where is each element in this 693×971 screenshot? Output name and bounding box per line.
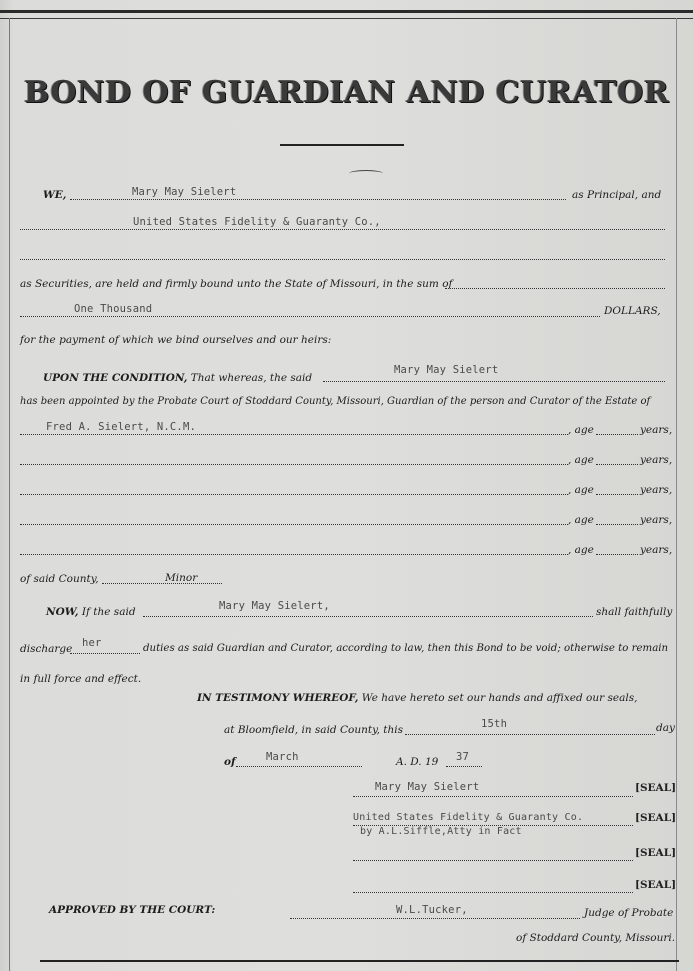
ad-label: A. D. 19 bbox=[396, 756, 438, 768]
judge-county: of Stoddard County, Missouri. bbox=[516, 932, 675, 944]
we-label: WE, bbox=[43, 189, 66, 201]
pronoun-blank bbox=[70, 653, 140, 654]
day-label: day bbox=[656, 722, 675, 734]
bottom-border-rule bbox=[40, 960, 679, 962]
surety-blank bbox=[20, 229, 665, 230]
condition-line: UPON THE CONDITION, That whereas, the sa… bbox=[43, 372, 312, 384]
right-margin-line bbox=[676, 18, 677, 971]
month-blank bbox=[236, 766, 362, 767]
ward-name-blank bbox=[20, 494, 568, 495]
year-blank bbox=[446, 766, 482, 767]
duties-text: duties as said Guardian and Curator, acc… bbox=[143, 643, 668, 654]
signature-name: United States Fidelity & Guaranty Co. bbox=[353, 812, 583, 823]
ward-name-blank bbox=[20, 464, 568, 465]
signature-blank bbox=[353, 892, 633, 893]
testimony-line: IN TESTIMONY WHEREOF, We have hereto set… bbox=[197, 692, 637, 704]
sum-amount: One Thousand bbox=[74, 303, 152, 315]
place-text: at Bloomfield, in said County, this bbox=[224, 724, 403, 736]
seal-label: [SEAL] bbox=[635, 812, 676, 824]
ward-age-blank bbox=[596, 524, 638, 525]
approved-label: APPROVED BY THE COURT: bbox=[49, 904, 215, 916]
discharge-label: discharge bbox=[20, 643, 72, 655]
seal-label: [SEAL] bbox=[635, 879, 676, 891]
now-name: Mary May Sielert, bbox=[219, 600, 330, 612]
condition-name: Mary May Sielert bbox=[394, 364, 498, 376]
top-border-rule bbox=[0, 10, 693, 19]
dollars-label: DOLLARS, bbox=[604, 305, 661, 317]
securities-text: as Securities, are held and firmly bound… bbox=[20, 278, 452, 290]
signature-attorney: by A.L.Siffle,Atty in Fact bbox=[360, 826, 522, 837]
now-name-blank bbox=[143, 616, 593, 617]
judge-title: Judge of Probate bbox=[584, 907, 673, 919]
county-label: of said County, bbox=[20, 573, 99, 585]
ward-age-blank bbox=[596, 434, 638, 435]
ward-age-label: , age bbox=[568, 544, 594, 556]
ward-name-blank bbox=[20, 524, 568, 525]
principal-blank bbox=[70, 199, 566, 200]
minor-label: Minor bbox=[165, 572, 197, 584]
sum-blank-1 bbox=[445, 288, 665, 289]
ward-age-label: , age bbox=[568, 454, 594, 466]
surety-blank-2 bbox=[20, 259, 665, 260]
payment-text: for the payment of which we bind ourselv… bbox=[20, 334, 331, 346]
ward-years-label: years, bbox=[640, 484, 672, 496]
principal-name: Mary May Sielert bbox=[132, 186, 236, 198]
left-margin-line bbox=[9, 18, 10, 971]
pronoun-value: her bbox=[82, 637, 102, 649]
appointed-text: has been appointed by the Probate Court … bbox=[20, 396, 650, 407]
ward-age-blank bbox=[596, 554, 638, 555]
day-blank bbox=[405, 734, 655, 735]
year-value: 37 bbox=[456, 751, 469, 763]
ward-name: Fred A. Sielert, N.C.M. bbox=[46, 421, 196, 433]
ward-age-label: , age bbox=[568, 484, 594, 496]
faithfully-label: shall faithfully bbox=[596, 606, 672, 618]
title-underline bbox=[280, 144, 404, 146]
signature-name: Mary May Sielert bbox=[375, 781, 479, 793]
signature-blank bbox=[353, 860, 633, 861]
ward-years-label: years, bbox=[640, 544, 672, 556]
ward-age-blank bbox=[596, 464, 638, 465]
document-title: BOND OF GUARDIAN AND CURATOR bbox=[0, 75, 693, 110]
condition-name-blank bbox=[323, 381, 665, 382]
ward-name-blank bbox=[20, 434, 568, 435]
surety-name: United States Fidelity & Guaranty Co., bbox=[133, 216, 381, 228]
day-value: 15th bbox=[481, 718, 507, 730]
ward-years-label: years, bbox=[640, 424, 672, 436]
seal-label: [SEAL] bbox=[635, 847, 676, 859]
month-value: March bbox=[266, 751, 299, 763]
judge-name: W.L.Tucker, bbox=[396, 904, 468, 916]
ward-age-blank bbox=[596, 494, 638, 495]
minor-blank bbox=[102, 583, 222, 584]
full-force-text: in full force and effect. bbox=[20, 673, 141, 685]
now-line: NOW, If the said bbox=[46, 606, 136, 618]
ward-age-label: , age bbox=[568, 424, 594, 436]
bond-document-page: BOND OF GUARDIAN AND CURATOR WE, Mary Ma… bbox=[0, 0, 693, 971]
judge-signature-blank bbox=[290, 918, 580, 919]
ward-name-blank bbox=[20, 554, 568, 555]
ward-age-label: , age bbox=[568, 514, 594, 526]
sum-blank-2 bbox=[20, 316, 600, 317]
seal-label: [SEAL] bbox=[635, 782, 676, 794]
as-principal-label: as Principal, and bbox=[572, 189, 661, 201]
of-label: of bbox=[224, 756, 236, 768]
ward-years-label: years, bbox=[640, 514, 672, 526]
ornament-swash bbox=[349, 170, 383, 177]
ward-years-label: years, bbox=[640, 454, 672, 466]
signature-blank bbox=[353, 796, 633, 797]
